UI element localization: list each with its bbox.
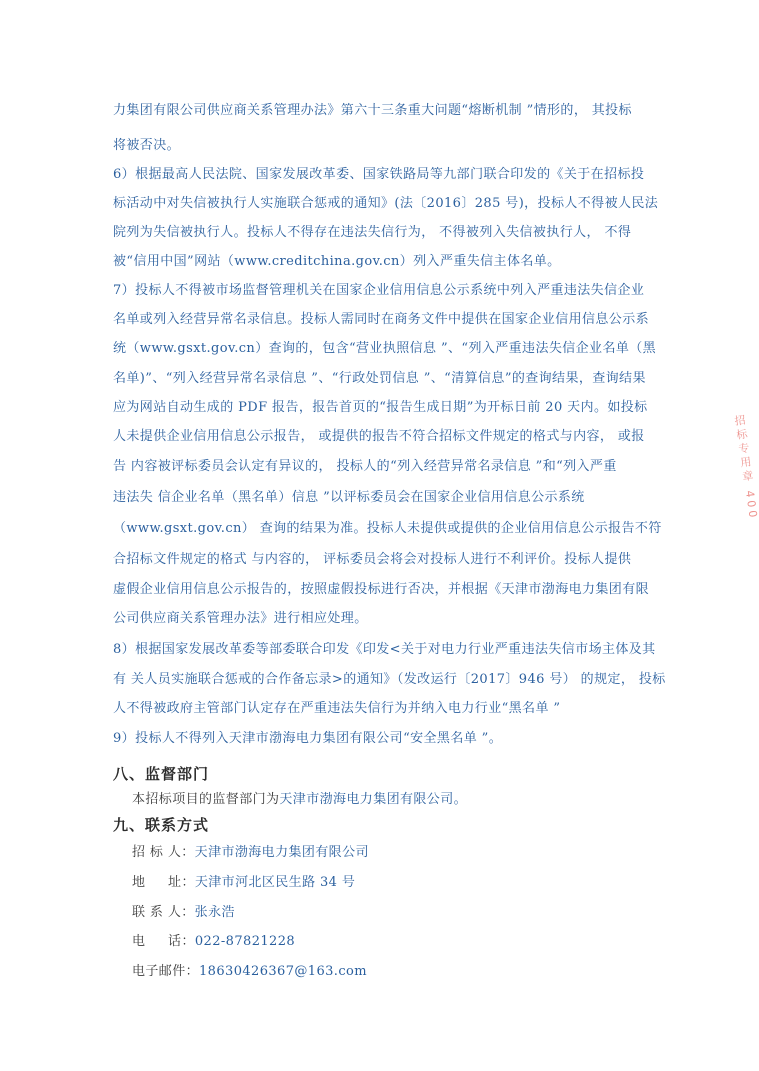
section-9-heading: 九、联系方式 xyxy=(113,814,209,835)
contact-label: 招 标 人： xyxy=(132,845,195,861)
contact-row-person: 联 系 人：张永浩 xyxy=(132,905,235,921)
contact-row-phone: 电 话：022-87821228 xyxy=(132,934,295,950)
body-line: 公司供应商关系管理办法》进行相应处理。 xyxy=(113,611,368,627)
body-line: 统（www.gsxt.gov.cn）查询的，包含“营业执照信息 ”、“列入严重违… xyxy=(113,341,656,357)
body-line: 名单或列入经营异常名录信息。投标人需同时在商务文件中提供在国家企业信用信息公示系 xyxy=(113,312,649,328)
contact-label: 电 话： xyxy=(132,934,195,950)
contact-value: 18630426367@163.com xyxy=(199,964,367,979)
body-line: 违法失 信企业名单（黑名单）信息 ”以评标委员会在国家企业信用信息公示系统 xyxy=(113,490,585,506)
section-8-heading: 八、监督部门 xyxy=(113,763,209,784)
body-line: 将被否决。 xyxy=(113,138,180,154)
body-line: 院列为失信被执行人。投标人不得存在违法失信行为， 不得被列入失信被执行人， 不得 xyxy=(113,225,631,241)
body-line: 虚假企业信用信息公示报告的，按照虚假投标进行否决，并根据《天津市渤海电力集团有限 xyxy=(113,582,649,598)
section-8-text-prefix: 本招标项目的监督部门为 xyxy=(132,792,279,807)
contact-value: 022-87821228 xyxy=(195,934,295,949)
section-8-text: 本招标项目的监督部门为天津市渤海电力集团有限公司。 xyxy=(132,792,467,808)
contact-label: 联 系 人： xyxy=(132,905,195,921)
contact-row-address: 地 址：天津市河北区民生路 34 号 xyxy=(132,875,355,891)
body-line: 力集团有限公司供应商关系管理办法》第六十三条重大问题“熔断机制 ”情形的， 其投… xyxy=(113,103,632,119)
document-page: 力集团有限公司供应商关系管理办法》第六十三条重大问题“熔断机制 ”情形的， 其投… xyxy=(0,0,759,1071)
body-line: 人不得被政府主管部门认定存在严重违法失信行为并纳入电力行业“黑名单 ” xyxy=(113,701,560,717)
body-line: 有 关人员实施联合惩戒的合作备忘录>的通知》（发改运行〔2017〕946 号） … xyxy=(113,672,666,688)
contact-label: 地 址： xyxy=(132,875,195,891)
contact-row-tenderer: 招 标 人：天津市渤海电力集团有限公司 xyxy=(132,845,369,861)
contact-label: 电子邮件： xyxy=(132,964,199,980)
contact-row-email: 电子邮件：18630426367@163.com xyxy=(132,964,367,980)
section-8-text-value: 天津市渤海电力集团有限公司。 xyxy=(279,792,467,807)
body-line: 8）根据国家发展改革委等部委联合印发《印发<关于对电力行业严重违法失信市场主体及… xyxy=(113,642,656,658)
body-line: 7）投标人不得被市场监督管理机关在国家企业信用信息公示系统中列入严重违法失信企业 xyxy=(113,283,644,299)
body-line: 6）根据最高人民法院、国家发展改革委、国家铁路局等九部门联合印发的《关于在招标投 xyxy=(113,167,644,183)
body-line: 标活动中对失信被执行人实施联合惩戒的通知》(法〔2016〕285 号)，投标人不… xyxy=(113,196,658,212)
body-line: 合招标文件规定的格式 与内容的， 评标委员会将会对投标人进行不利评价。投标人提供 xyxy=(113,552,631,568)
body-line: 名单)”、“列入经营异常名录信息 ”、“行政处罚信息 ”、“清算信息”的查询结果… xyxy=(113,371,646,387)
contact-value: 天津市河北区民生路 34 号 xyxy=(195,875,355,890)
contact-value: 天津市渤海电力集团有限公司 xyxy=(195,845,369,860)
body-line: 人未提供企业信用信息公示报告， 或提供的报告不符合招标文件规定的格式与内容， 或… xyxy=(113,429,645,445)
body-line: 被“信用中国”网站（www.creditchina.gov.cn）列入严重失信主… xyxy=(113,254,561,270)
body-line: （www.gsxt.gov.cn） 查询的结果为准。投标人未提供或提供的企业信用… xyxy=(113,521,662,537)
seal-stamp-icon: 招标专用章 400 xyxy=(718,414,759,557)
body-line: 应为网站自动生成的 PDF 报告，报告首页的“报告生成日期”为开标日前 20 天… xyxy=(113,400,648,416)
body-line: 告 内容被评标委员会认定有异议的， 投标人的“列入经营异常名录信息 ”和“列入严… xyxy=(113,459,617,475)
contact-value: 张永浩 xyxy=(195,905,235,920)
body-line: 9）投标人不得列入天津市渤海电力集团有限公司“安全黑名单 ”。 xyxy=(113,731,502,747)
